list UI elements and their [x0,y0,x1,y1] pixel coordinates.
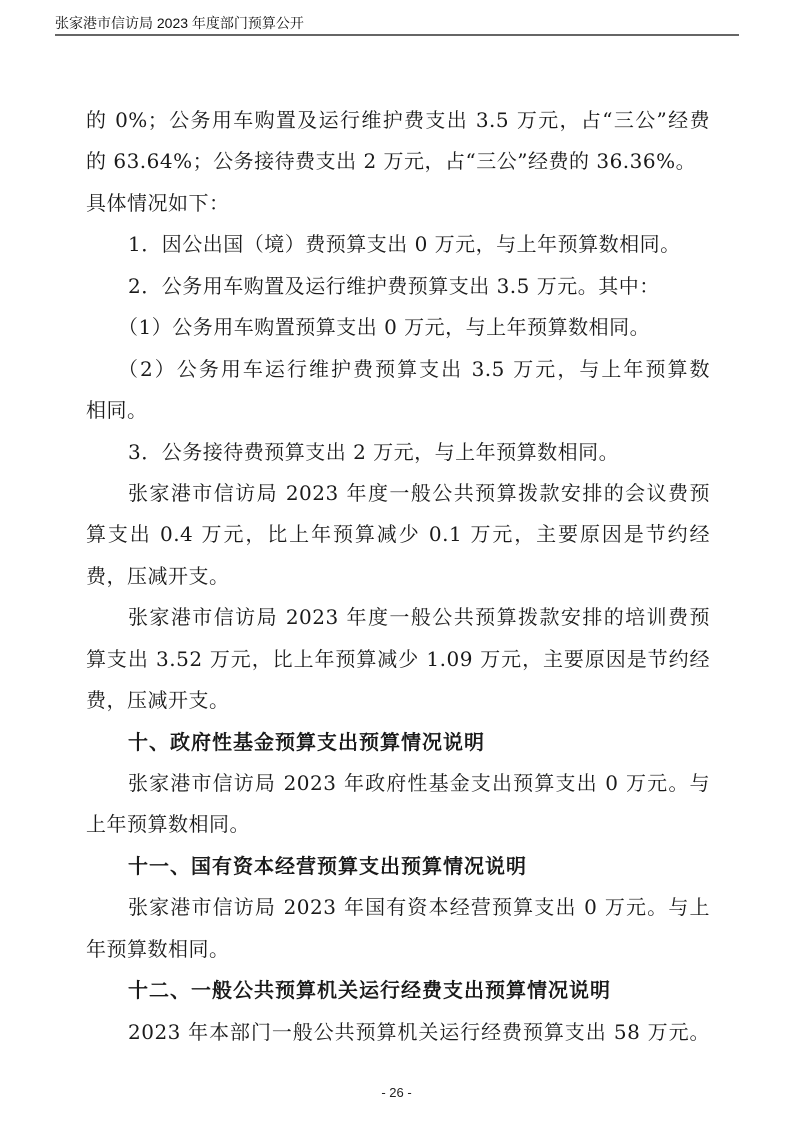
paragraph-line: 2023 年本部门一般公共预算机关运行经费预算支出 58 万元。 [86,1012,710,1053]
paragraph-line: 张家港市信访局 2023 年国有资本经营预算支出 0 万元。与上 [86,887,710,928]
section-heading-12: 十二、一般公共预算机关运行经费支出预算情况说明 [86,970,710,1011]
section-heading-11: 十一、国有资本经营预算支出预算情况说明 [86,846,710,887]
header-title: 张家港市信访局 2023 年度部门预算公开 [55,14,304,32]
section-heading-10: 十、政府性基金预算支出预算情况说明 [86,722,710,763]
list-item-1: 1．因公出国（境）费预算支出 0 万元，与上年预算数相同。 [86,224,710,265]
list-item-2: 2．公务用车购置及运行维护费预算支出 3.5 万元。其中： [86,266,710,307]
list-item-3: 3．公务接待费预算支出 2 万元，与上年预算数相同。 [86,432,710,473]
paragraph-line: 相同。 [86,390,710,431]
paragraph-line: 上年预算数相同。 [86,804,710,845]
paragraph-line: 张家港市信访局 2023 年度一般公共预算拨款安排的会议费预 [86,473,710,514]
paragraph-line: 具体情况如下： [86,183,710,224]
paragraph-line: 张家港市信访局 2023 年度一般公共预算拨款安排的培训费预 [86,597,710,638]
paragraph-line: 算支出 3.52 万元，比上年预算减少 1.09 万元，主要原因是节约经 [86,639,710,680]
sub-item-2: （2）公务用车运行维护费预算支出 3.5 万元，与上年预算数 [86,349,710,390]
paragraph-line: 张家港市信访局 2023 年政府性基金支出预算支出 0 万元。与 [86,763,710,804]
sub-item-1: （1）公务用车购置预算支出 0 万元，与上年预算数相同。 [86,307,710,348]
document-body: 的 0%；公务用车购置及运行维护费支出 3.5 万元，占“三公”经费 的 63.… [86,100,710,1053]
page-number: - 26 - [0,1085,793,1100]
page-header: 张家港市信访局 2023 年度部门预算公开 [55,14,739,36]
paragraph-line: 的 63.64%；公务接待费支出 2 万元，占“三公”经费的 36.36%。 [86,141,710,182]
paragraph-line: 算支出 0.4 万元，比上年预算减少 0.1 万元，主要原因是节约经 [86,514,710,555]
paragraph-line: 的 0%；公务用车购置及运行维护费支出 3.5 万元，占“三公”经费 [86,100,710,141]
paragraph-line: 费，压减开支。 [86,680,710,721]
paragraph-line: 费，压减开支。 [86,556,710,597]
paragraph-line: 年预算数相同。 [86,929,710,970]
